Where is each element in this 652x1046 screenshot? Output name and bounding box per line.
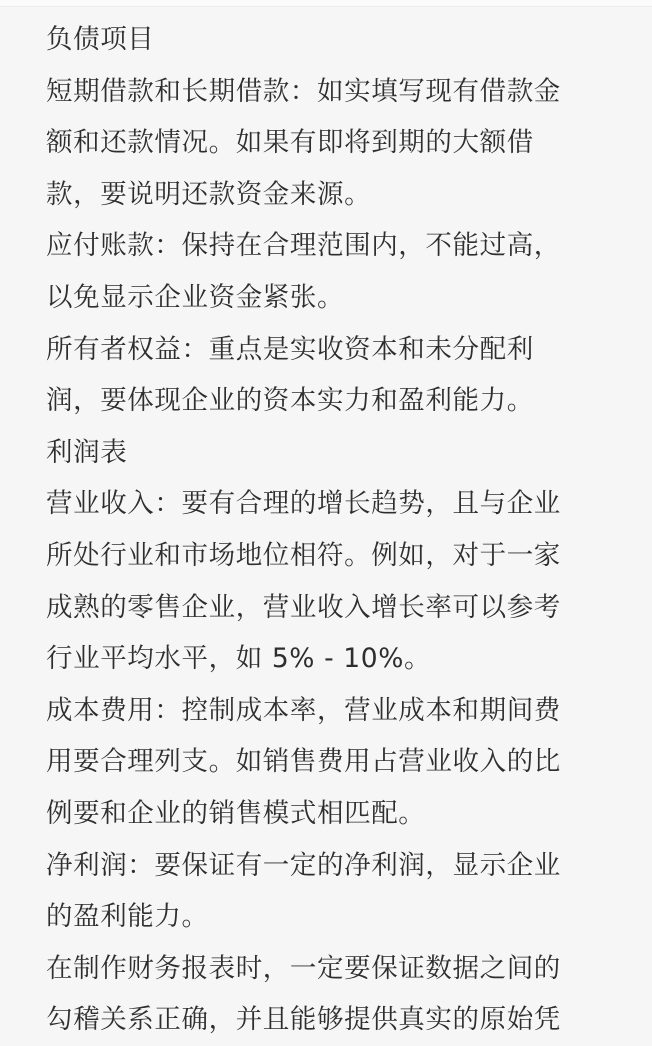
text-line: 在制作财务报表时，一定要保证数据之间的 [46,943,636,995]
section-heading-liabilities: 负债项目 [46,14,636,66]
text-line: 所处行业和市场地位相符。例如，对于一家 [46,530,636,582]
text-line: 额和还款情况。如果有即将到期的大额借 [46,117,636,169]
text-line: 勾稽关系正确，并且能够提供真实的原始凭 [46,994,636,1030]
top-divider [0,0,652,7]
text-line: 行业平均水平，如 5% - 10%。 [46,633,636,685]
text-line: 的盈利能力。 [46,891,636,943]
section-heading-income-statement: 利润表 [46,427,636,479]
text-line: 以免显示企业资金紧张。 [46,272,636,324]
text-line: 应付账款：保持在合理范围内，不能过高， [46,220,636,272]
text-line: 所有者权益：重点是实收资本和未分配利 [46,324,636,376]
text-line: 成本费用：控制成本率，营业成本和期间费 [46,685,636,737]
text-line: 短期借款和长期借款：如实填写现有借款金 [46,66,636,118]
text-line: 例要和企业的销售模式相匹配。 [46,788,636,840]
text-line: 净利润：要保证有一定的净利润，显示企业 [46,840,636,892]
text-line: 营业收入：要有合理的增长趋势，且与企业 [46,478,636,530]
text-line: 成熟的零售企业，营业收入增长率可以参考 [46,582,636,634]
text-line: 款，要说明还款资金来源。 [46,169,636,221]
article-body: 负债项目 短期借款和长期借款：如实填写现有借款金 额和还款情况。如果有即将到期的… [46,14,636,1030]
text-line: 用要合理列支。如销售费用占营业收入的比 [46,736,636,788]
text-line: 润，要体现企业的资本实力和盈利能力。 [46,375,636,427]
